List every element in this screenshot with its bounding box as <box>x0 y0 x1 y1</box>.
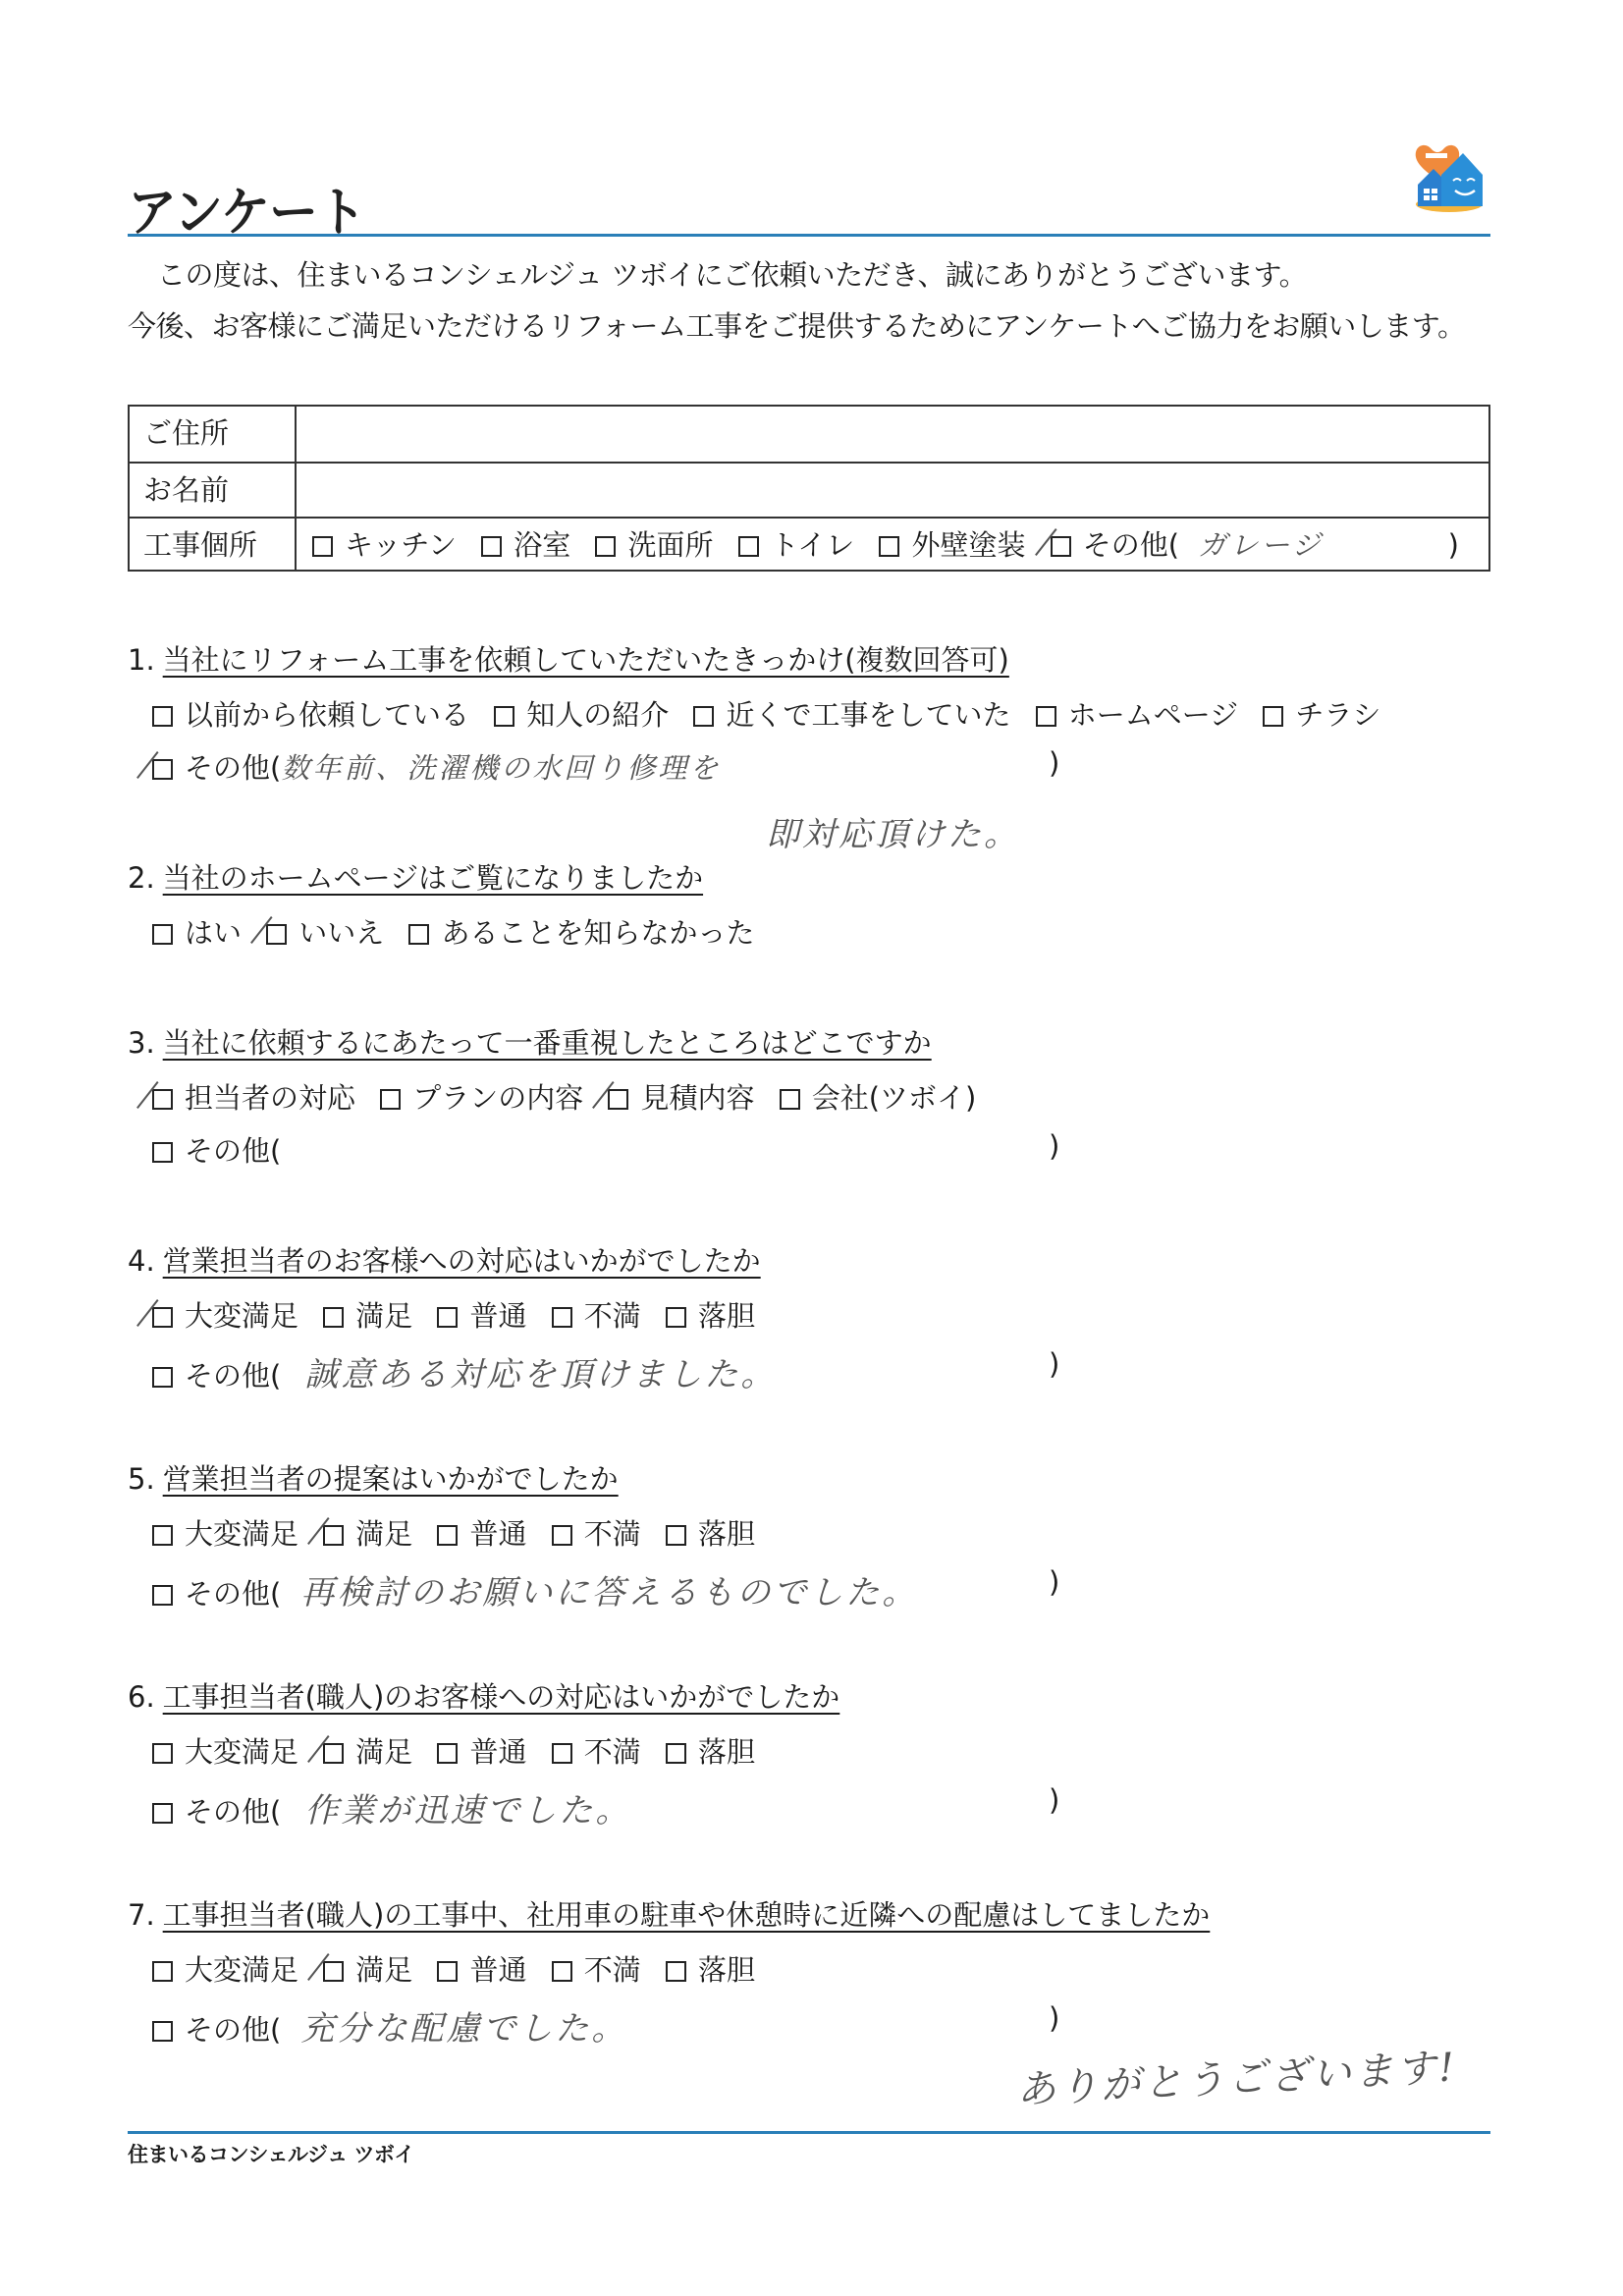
q5-option[interactable]: 満足 <box>323 1512 412 1553</box>
customer-info-table: ご住所 お名前 工事個所 キッチン 浴室 洗面所 トイレ 外壁塗装 その他( ガ… <box>128 405 1490 572</box>
checkbox-checked[interactable] <box>323 1743 344 1764</box>
intro-line-2: 今後、お客様にご満足いただけるリフォーム工事をご提供するためにアンケートへご協力… <box>128 304 1466 345</box>
checkbox-checked[interactable] <box>608 1089 628 1110</box>
q3-option[interactable]: プランの内容 <box>380 1076 583 1117</box>
q3-option[interactable]: 担当者の対応 <box>152 1076 355 1117</box>
q2-option-unaware[interactable]: あることを知らなかった <box>408 911 754 952</box>
q3-option[interactable]: 見積内容 <box>608 1076 754 1117</box>
question-1-other: その他(数年前、洗濯機の水回り修理を <box>152 746 721 787</box>
location-row: 工事個所 キッチン 浴室 洗面所 トイレ 外壁塗装 その他( ガレージ ) <box>130 517 1488 570</box>
q1-option[interactable]: チラシ <box>1263 693 1380 734</box>
checkbox[interactable] <box>437 1961 458 1982</box>
location-label: 工事個所 <box>130 519 297 570</box>
q5-option[interactable]: 不満 <box>552 1512 641 1553</box>
q4-option[interactable]: 落胆 <box>666 1294 755 1335</box>
paren-close: ) <box>1049 1783 1059 1817</box>
question-5-title: 5.営業担当者の提案はいかがでしたか <box>128 1457 619 1498</box>
q4-option[interactable]: 満足 <box>323 1294 412 1335</box>
q7-option[interactable]: 普通 <box>437 1948 526 1989</box>
q6-option[interactable]: 普通 <box>437 1730 526 1771</box>
checkbox[interactable] <box>437 1307 458 1328</box>
checkbox[interactable] <box>552 1743 572 1764</box>
question-2-options: はい いいえ あることを知らなかった <box>152 911 770 952</box>
checkbox[interactable] <box>408 924 429 945</box>
checkbox[interactable] <box>879 536 899 557</box>
checkbox-checked[interactable] <box>152 1307 173 1328</box>
q3-option[interactable]: 会社(ツボイ) <box>780 1076 977 1117</box>
question-2-title: 2.当社のホームページはご覧になりましたか <box>128 856 703 897</box>
q6-option[interactable]: 不満 <box>552 1730 641 1771</box>
question-3-options: 担当者の対応 プランの内容 見積内容 会社(ツボイ) <box>152 1076 992 1117</box>
question-3-title: 3.当社に依頼するにあたって一番重視したところはどこですか <box>128 1021 932 1062</box>
checkbox[interactable] <box>494 706 514 727</box>
question-6-other: その他(作業が迅速でした。 <box>152 1783 631 1831</box>
question-5-options: 大変満足 満足 普通 不満 落胆 <box>152 1512 771 1553</box>
paren-close: ) <box>1448 528 1459 562</box>
checkbox[interactable] <box>1036 706 1056 727</box>
q6-option[interactable]: 満足 <box>323 1730 412 1771</box>
paren-close: ) <box>1049 1129 1059 1163</box>
location-option-toilet[interactable]: トイレ <box>738 519 855 572</box>
checkbox[interactable] <box>552 1961 572 1982</box>
q1-option[interactable]: 以前から依頼している <box>152 693 469 734</box>
address-row: ご住所 <box>130 407 1488 462</box>
header-divider <box>128 234 1490 237</box>
checkbox[interactable] <box>738 536 759 557</box>
checkbox[interactable] <box>152 706 173 727</box>
q4-option[interactable]: 不満 <box>552 1294 641 1335</box>
checkbox[interactable] <box>152 924 173 945</box>
q2-option-no[interactable]: いいえ <box>266 911 384 952</box>
name-label: お名前 <box>130 464 297 517</box>
checkbox[interactable] <box>380 1089 401 1110</box>
question-1-options: 以前から依頼している 知人の紹介 近くで工事をしていた ホームページ チラシ <box>152 693 1396 734</box>
checkbox-checked[interactable] <box>152 1089 173 1110</box>
checkbox[interactable] <box>152 2021 173 2042</box>
question-7-options: 大変満足 満足 普通 不満 落胆 <box>152 1948 771 1989</box>
checkbox-checked[interactable] <box>323 1525 344 1546</box>
checkbox[interactable] <box>152 1367 173 1388</box>
question-4-title: 4.営業担当者のお客様への対応はいかがでしたか <box>128 1239 761 1280</box>
q2-option-yes[interactable]: はい <box>152 911 242 952</box>
house-heart-logo-icon <box>1412 141 1485 216</box>
paren-close: ) <box>1049 2001 1059 2035</box>
intro-line-1: この度は、住まいるコンシェルジュ ツボイにご依頼いただき、誠にありがとうございま… <box>157 253 1307 294</box>
question-4-options: 大変満足 満足 普通 不満 落胆 <box>152 1294 771 1335</box>
checkbox[interactable] <box>152 1585 173 1606</box>
q4-other-text[interactable]: 誠意ある対応を頂けました。 <box>304 1355 777 1394</box>
paren-close: ) <box>1049 1347 1059 1381</box>
checkbox-checked[interactable] <box>266 924 287 945</box>
checkbox[interactable] <box>1263 706 1283 727</box>
q4-option[interactable]: 普通 <box>437 1294 526 1335</box>
checkbox[interactable] <box>780 1089 800 1110</box>
checkbox-checked[interactable] <box>323 1961 344 1982</box>
q6-other-text[interactable]: 作業が迅速でした。 <box>304 1791 631 1831</box>
q1-option[interactable]: 近くで工事をしていた <box>693 693 1010 734</box>
checkbox[interactable] <box>552 1307 572 1328</box>
q5-other-text[interactable]: 再検討のお願いに答えるものでした。 <box>300 1573 918 1613</box>
location-other-text[interactable]: ガレージ <box>1198 528 1323 562</box>
location-option-bath[interactable]: 浴室 <box>481 519 570 572</box>
paren-close: ) <box>1049 746 1059 780</box>
question-4-other: その他(誠意ある対応を頂けました。 <box>152 1347 777 1395</box>
checkbox[interactable] <box>152 1743 173 1764</box>
q5-option[interactable]: 落胆 <box>666 1512 755 1553</box>
footer-divider <box>128 2131 1490 2134</box>
checkbox[interactable] <box>552 1525 572 1546</box>
checkbox-checked[interactable] <box>152 759 173 780</box>
location-option-exterior-paint[interactable]: 外壁塗装 <box>879 519 1025 572</box>
checkbox[interactable] <box>152 1803 173 1824</box>
checkbox-checked[interactable] <box>1051 536 1071 557</box>
address-label: ご住所 <box>130 407 297 462</box>
checkbox[interactable] <box>666 1743 686 1764</box>
address-field[interactable] <box>298 407 1488 462</box>
q1-other-text[interactable]: 数年前、洗濯機の水回り修理を <box>281 751 721 785</box>
q7-option[interactable]: 落胆 <box>666 1948 755 1989</box>
q7-other-text[interactable]: 充分な配慮でした。 <box>300 2009 627 2049</box>
q6-option[interactable]: 大変満足 <box>152 1730 298 1771</box>
checkbox[interactable] <box>323 1307 344 1328</box>
q7-option[interactable]: 満足 <box>323 1948 412 1989</box>
location-option-kitchen[interactable]: キッチン <box>312 519 457 572</box>
checkbox[interactable] <box>312 536 333 557</box>
name-field[interactable] <box>298 464 1488 517</box>
checkbox[interactable] <box>481 536 502 557</box>
paren-close: ) <box>1049 1565 1059 1599</box>
q5-option[interactable]: 普通 <box>437 1512 526 1553</box>
checkbox[interactable] <box>666 1525 686 1546</box>
question-6-title: 6.工事担当者(職人)のお客様への対応はいかがでしたか <box>128 1675 839 1716</box>
question-6-options: 大変満足 満足 普通 不満 落胆 <box>152 1730 771 1771</box>
q4-option[interactable]: 大変満足 <box>152 1294 298 1335</box>
question-7-other: その他(充分な配慮でした。 <box>152 2001 627 2050</box>
question-7-title: 7.工事担当者(職人)の工事中、社用車の駐車や休憩時に近隣への配慮はしてましたか <box>128 1893 1210 1934</box>
checkbox[interactable] <box>666 1307 686 1328</box>
location-option-other[interactable]: その他( <box>1051 519 1179 572</box>
q6-option[interactable]: 落胆 <box>666 1730 755 1771</box>
checkbox[interactable] <box>437 1743 458 1764</box>
q1-other-text-line2[interactable]: 即対応頂けた。 <box>766 807 1020 855</box>
q1-option[interactable]: 知人の紹介 <box>494 693 669 734</box>
checkbox[interactable] <box>666 1961 686 1982</box>
q7-option[interactable]: 不満 <box>552 1948 641 1989</box>
question-3-other: その他( <box>152 1129 281 1170</box>
checkbox[interactable] <box>595 536 616 557</box>
location-options: キッチン 浴室 洗面所 トイレ 外壁塗装 その他( ガレージ <box>298 519 1488 570</box>
q7-option[interactable]: 大変満足 <box>152 1948 298 1989</box>
question-1-title: 1.当社にリフォーム工事を依頼していただいたきっかけ(複数回答可) <box>128 638 1009 679</box>
checkbox[interactable] <box>152 1961 173 1982</box>
checkbox[interactable] <box>152 1142 173 1163</box>
q5-option[interactable]: 大変満足 <box>152 1512 298 1553</box>
checkbox[interactable] <box>693 706 714 727</box>
closing-handwritten-note: ありがとうございます! <box>1015 2036 1458 2114</box>
name-row: お名前 <box>130 462 1488 517</box>
footer-company-name: 住まいるコンシェルジュ ツボイ <box>128 2139 414 2168</box>
q1-option[interactable]: ホームページ <box>1036 693 1238 734</box>
question-5-other: その他(再検討のお願いに答えるものでした。 <box>152 1565 918 1613</box>
checkbox[interactable] <box>437 1525 458 1546</box>
location-option-washroom[interactable]: 洗面所 <box>595 519 713 572</box>
checkbox[interactable] <box>152 1525 173 1546</box>
